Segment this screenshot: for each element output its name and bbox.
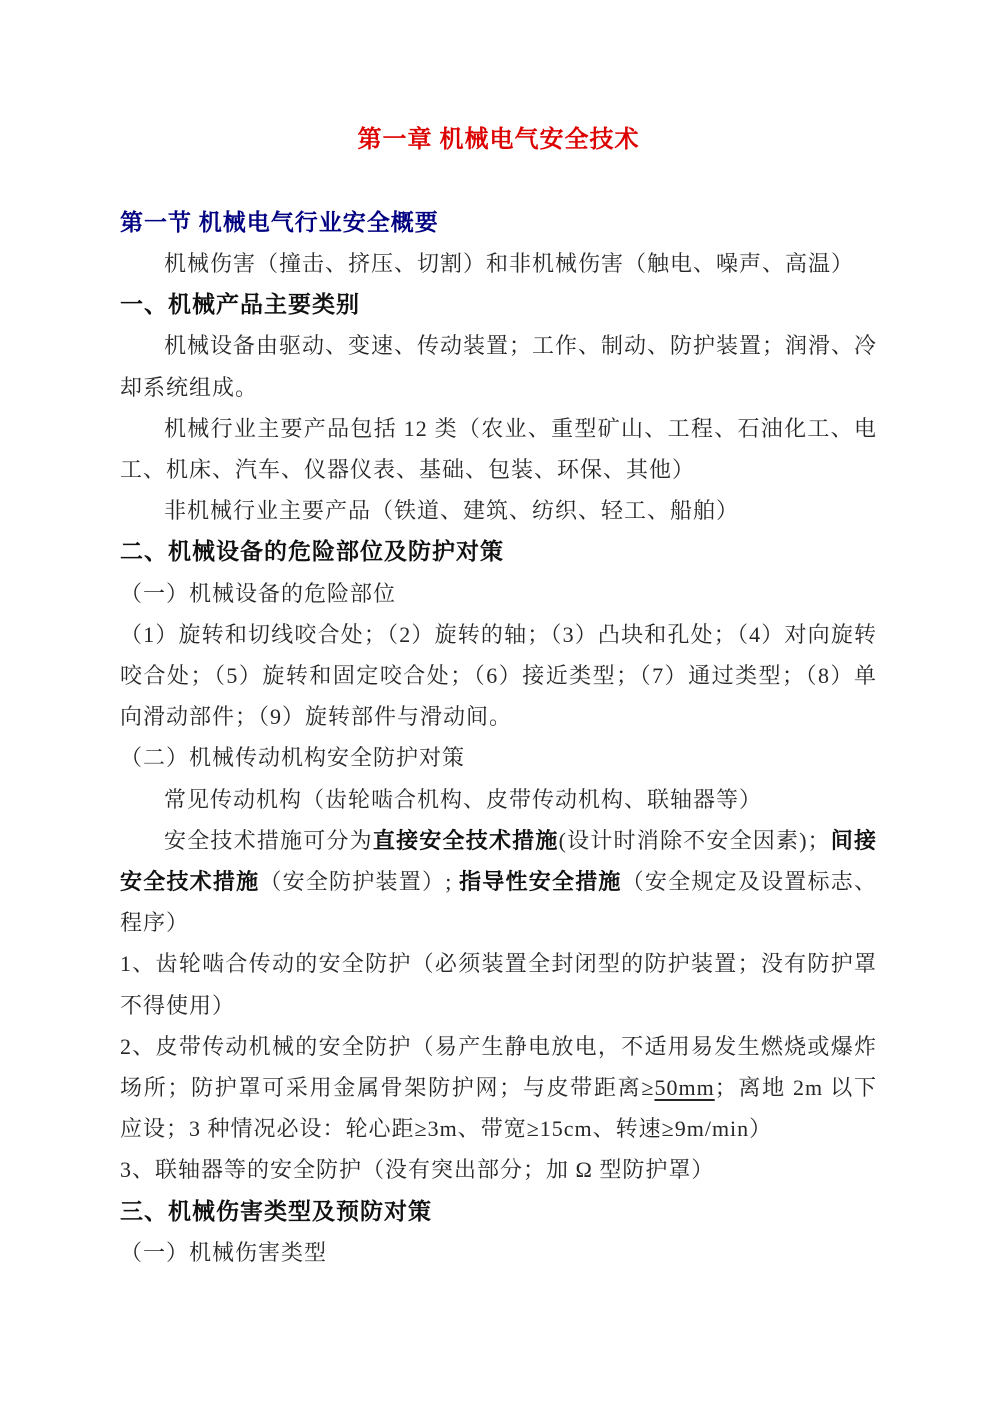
text-run: (设计时消除不安全因素)；: [559, 828, 831, 853]
bold-term: 直接安全技术措施: [373, 828, 559, 853]
text-run: 3、联轴器等的安全防护（没有突出部分；加 Ω 型防护罩）: [120, 1157, 714, 1182]
bold-term: 一、机械产品主要类别: [120, 292, 360, 317]
bold-term: 二、机械设备的危险部位及防护对策: [120, 539, 504, 564]
paragraph: 2、皮带传动机械的安全防护（易产生静电放电，不适用易发生燃烧或爆炸场所；防护罩可…: [120, 1026, 877, 1150]
subsection-heading: 一、机械产品主要类别: [120, 284, 877, 325]
text-run: 安全技术措施可分为: [164, 828, 373, 853]
paragraph: 机械伤害（撞击、挤压、切割）和非机械伤害（触电、噪声、高温）: [120, 243, 877, 284]
paragraph: 安全技术措施可分为直接安全技术措施(设计时消除不安全因素)；间接安全技术措施（安…: [120, 820, 877, 944]
text-run: 机械行业主要产品包括 12 类（农业、重型矿山、工程、石油化工、电工、机床、汽车…: [120, 416, 877, 482]
underlined-value: 50mm: [654, 1075, 714, 1100]
text-run: （一）机械设备的危险部位: [120, 581, 396, 606]
text-run: 非机械行业主要产品（铁道、建筑、纺织、轻工、船舶）: [164, 498, 739, 523]
bold-term: 指导性安全措施: [459, 869, 622, 894]
paragraph: 非机械行业主要产品（铁道、建筑、纺织、轻工、船舶）: [120, 490, 877, 531]
document-body: 机械伤害（撞击、挤压、切割）和非机械伤害（触电、噪声、高温）一、机械产品主要类别…: [120, 243, 877, 1273]
paragraph: 机械设备由驱动、变速、传动装置；工作、制动、防护装置；润滑、冷却系统组成。: [120, 325, 877, 407]
paragraph: 常见传动机构（齿轮啮合机构、皮带传动机构、联轴器等）: [120, 779, 877, 820]
paragraph: 3、联轴器等的安全防护（没有突出部分；加 Ω 型防护罩）: [120, 1149, 877, 1190]
paragraph: 1、齿轮啮合传动的安全防护（必须装置全封闭型的防护装置；没有防护罩不得使用）: [120, 943, 877, 1025]
text-run: （安全防护装置）;: [259, 869, 459, 894]
text-run: 机械设备由驱动、变速、传动装置；工作、制动、防护装置；润滑、冷却系统组成。: [120, 333, 877, 399]
paragraph: （1）旋转和切线咬合处；（2）旋转的轴；（3）凸块和孔处；（4）对向旋转咬合处；…: [120, 614, 877, 738]
paragraph: （一）机械伤害类型: [120, 1232, 877, 1273]
text-run: 1、齿轮啮合传动的安全防护（必须装置全封闭型的防护装置；没有防护罩不得使用）: [120, 951, 877, 1017]
bold-term: 三、机械伤害类型及预防对策: [120, 1199, 432, 1224]
paragraph: 机械行业主要产品包括 12 类（农业、重型矿山、工程、石油化工、电工、机床、汽车…: [120, 408, 877, 490]
subsection-heading: 三、机械伤害类型及预防对策: [120, 1191, 877, 1232]
text-run: 常见传动机构（齿轮啮合机构、皮带传动机构、联轴器等）: [164, 787, 762, 812]
document-page: 第一章 机械电气安全技术 第一节 机械电气行业安全概要 机械伤害（撞击、挤压、切…: [0, 0, 993, 1404]
chapter-title: 第一章 机械电气安全技术: [120, 124, 877, 156]
subsection-heading: 二、机械设备的危险部位及防护对策: [120, 531, 877, 572]
paragraph: （二）机械传动机构安全防护对策: [120, 737, 877, 778]
text-run: （1）旋转和切线咬合处；（2）旋转的轴；（3）凸块和孔处；（4）对向旋转咬合处；…: [120, 622, 877, 729]
text-run: 机械伤害（撞击、挤压、切割）和非机械伤害（触电、噪声、高温）: [164, 251, 854, 276]
text-run: （二）机械传动机构安全防护对策: [120, 745, 465, 770]
text-run: （一）机械伤害类型: [120, 1240, 327, 1265]
section-heading: 第一节 机械电气行业安全概要: [120, 202, 877, 243]
paragraph: （一）机械设备的危险部位: [120, 573, 877, 614]
